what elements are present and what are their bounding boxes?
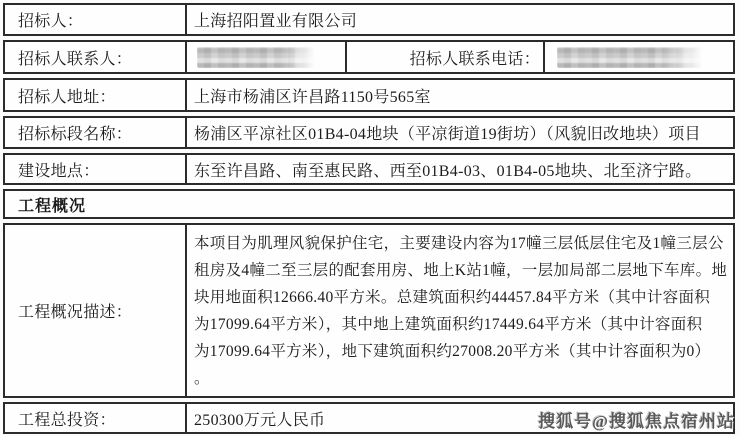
table-row-site: 建设地点： 东至许昌路、南至惠民路、西至01B4-03、01B4-05地块、北至…: [3, 153, 735, 185]
tender-info-table: 招标人： 上海招阳置业有限公司 招标人联系人： 招标人联系电话： 招标人地址： …: [3, 3, 735, 434]
table-row-contact: 招标人联系人： 招标人联系电话：: [3, 40, 735, 74]
bidder-value: 上海招阳置业有限公司: [185, 5, 733, 34]
investment-label: 工程总投资：: [5, 404, 185, 432]
redacted-contact-phone-blur: [557, 47, 703, 68]
tender-document-page: 招标人： 上海招阳置业有限公司 招标人联系人： 招标人联系电话： 招标人地址： …: [0, 0, 740, 436]
section-name-label: 招标标段名称：: [5, 118, 185, 147]
sohu-watermark: 搜狐号@搜狐焦点宿州站: [538, 407, 735, 432]
contact-name-cell: [185, 42, 345, 72]
redacted-contact-name-blur: [197, 47, 315, 68]
overview-desc-value: 本项目为肌理风貌保护住宅，主要建设内容为17幢三层低层住宅及1幢三层公 租房及4…: [185, 225, 733, 396]
bidder-label: 招标人：: [5, 5, 185, 34]
address-label: 招标人地址：: [5, 80, 185, 110]
site-label: 建设地点：: [5, 155, 185, 183]
overview-desc-label: 工程概况描述：: [5, 225, 185, 396]
contact-phone-label: 招标人联系电话：: [345, 42, 543, 72]
section-name-value: 杨浦区平凉社区01B4-04地块（平凉街道19街坊）（风貌旧改地块）项目: [185, 118, 733, 147]
contact-phone-cell: [543, 42, 733, 72]
table-row-overview-header: 工程概况: [3, 189, 735, 219]
table-row-bidder: 招标人： 上海招阳置业有限公司: [3, 3, 735, 36]
table-row-overview-desc: 工程概况描述： 本项目为肌理风貌保护住宅，主要建设内容为17幢三层低层住宅及1幢…: [3, 223, 735, 398]
address-value: 上海市杨浦区许昌路1150号565室: [185, 80, 733, 110]
table-row-section-name: 招标标段名称： 杨浦区平凉社区01B4-04地块（平凉街道19街坊）（风貌旧改地…: [3, 116, 735, 149]
overview-header: 工程概况: [5, 191, 733, 217]
contact-label: 招标人联系人：: [5, 42, 185, 72]
site-value: 东至许昌路、南至惠民路、西至01B4-03、01B4-05地块、北至济宁路。: [185, 155, 733, 183]
table-row-address: 招标人地址： 上海市杨浦区许昌路1150号565室: [3, 78, 735, 112]
